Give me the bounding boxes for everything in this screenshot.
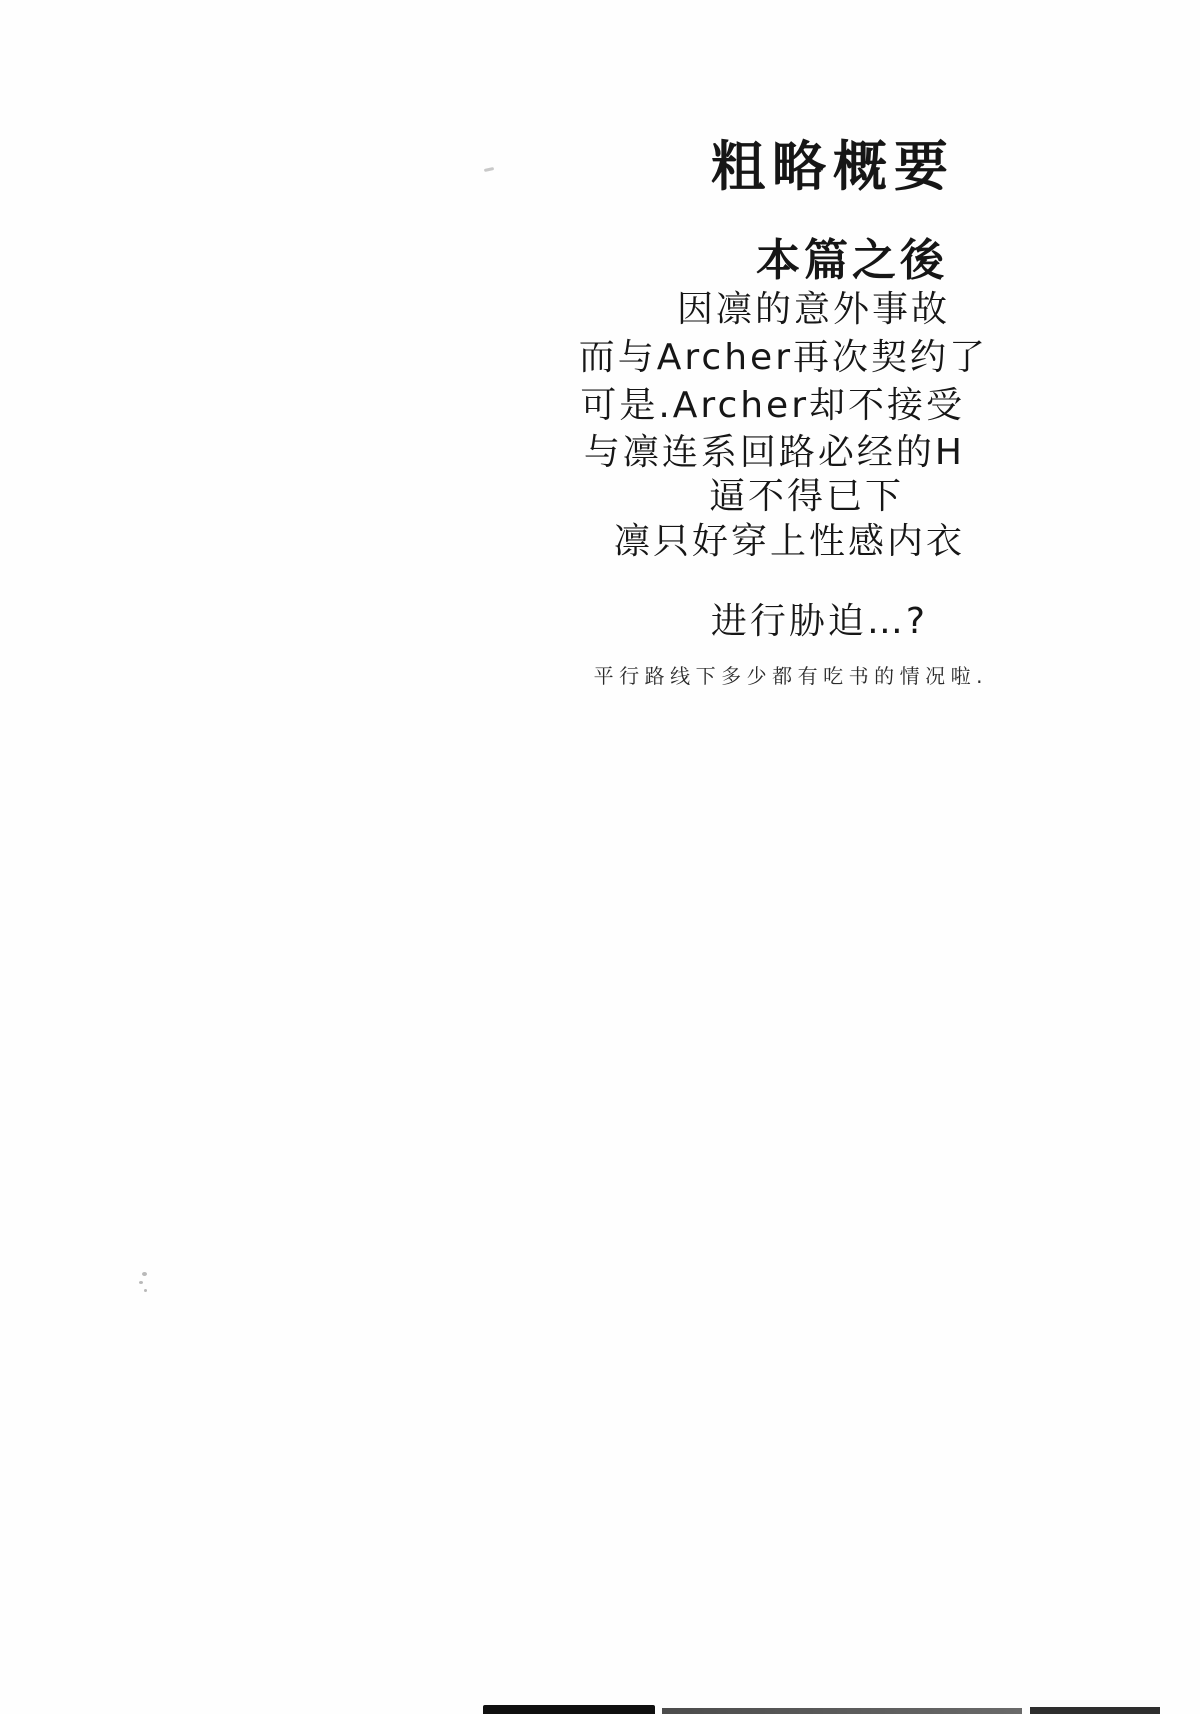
scan-edge-dark-segment [483, 1705, 655, 1714]
page-title: 粗略概要 [711, 124, 955, 201]
scanned-page: 粗略概要 本篇之後 因凛的意外事故 而与Archer再次契约了 可是.Arche… [0, 0, 1200, 1714]
scan-noise-mark [484, 167, 494, 172]
summary-line: 进行胁迫…? [711, 593, 928, 644]
summary-line: 逼不得已下 [709, 468, 904, 519]
summary-line: 凛只好穿上性感内衣 [614, 513, 965, 564]
summary-line: 而与Archer再次契约了 [579, 329, 988, 380]
section-heading: 本篇之後 [756, 224, 948, 288]
summary-line: 因凛的意外事故 [677, 281, 950, 332]
summary-line: 可是.Archer却不接受 [580, 377, 965, 428]
scan-edge-gray-segment [662, 1708, 1022, 1714]
scan-noise-specks [138, 1272, 152, 1294]
scan-edge-right-segment [1030, 1707, 1160, 1714]
footnote-remark: 平行路线下多少都有吃书的情况啦. [594, 660, 988, 689]
scan-edge-artifact [0, 1704, 1200, 1714]
